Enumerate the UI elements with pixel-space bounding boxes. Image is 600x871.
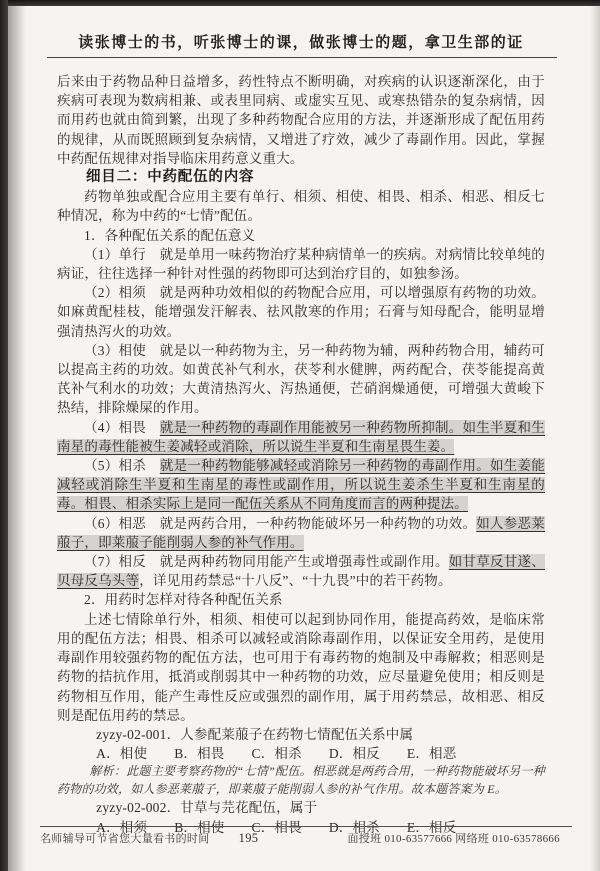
text-segment: 细目二：中药配伍的内容 bbox=[86, 169, 254, 185]
text-segment: 药物单独或配合应用主要有单行、相须、相使、相畏、相杀、相恶、相反七种情况，称为中… bbox=[57, 189, 545, 223]
text-segment: 1．各种配伍关系的配伍意义 bbox=[84, 228, 255, 243]
text-segment: 2．用药时怎样对待各种配伍关系 bbox=[84, 592, 283, 607]
item-1-heading: 1．各种配伍关系的配伍意义 bbox=[57, 226, 545, 245]
footer-divider bbox=[40, 826, 572, 827]
item-2-heading: 2．用药时怎样对待各种配伍关系 bbox=[57, 590, 545, 609]
question-zyzy-02-002: zyzy-02-002．甘草与芫花配伍，属于 bbox=[57, 798, 545, 817]
scanned-page: 读张博士的书，听张博士的课，做张博士的题，拿卫生部的证 后来由于药物品种日益增多… bbox=[0, 0, 600, 871]
footer-left-note: 名师辅导可节省您大量看书的时间 bbox=[40, 830, 210, 846]
section-heading: 细目二：中药配伍的内容 bbox=[57, 168, 545, 187]
page-header-slogan: 读张博士的书，听张博士的课，做张博士的题，拿卫生部的证 bbox=[47, 31, 555, 52]
document-body: 后来由于药物品种日益增多，药性特点不断明确，对疾病的认识逐渐深化，由于疾病可表现… bbox=[57, 72, 545, 837]
scan-edge-left bbox=[0, 0, 8, 871]
answer-option: C．相杀 bbox=[252, 744, 302, 763]
scan-edge-right-shadow bbox=[590, 0, 600, 871]
footer-contact-phones: 面授班 010-63577666 网络班 010-63578666 bbox=[348, 830, 560, 846]
scan-edge-left-shadow bbox=[8, 0, 26, 871]
text-segment: （7）相反 就是两种药物同用能产生或增强毒性或副作用。 bbox=[84, 554, 449, 569]
text-segment: （3）相使 就是以一种药物为主，另一种药物为辅，两种药物合用，辅药可以提高主药的… bbox=[57, 343, 545, 416]
question-zyzy-02-001: zyzy-02-001．人参配莱菔子在药物七情配伍关系中属 bbox=[57, 725, 545, 744]
answer-option: B．相畏 bbox=[174, 744, 224, 763]
header-divider bbox=[47, 57, 557, 58]
para-danxing: （1）单行 就是单用一味药物治疗某种病情单一的疾病。对病情比较单纯的病证，往往选… bbox=[57, 245, 545, 283]
text-segment: zyzy-02-002．甘草与芫花配伍，属于 bbox=[96, 800, 317, 815]
para-xiangxu: （2）相须 就是两种功效相似的药物配合应用，可以增强原有药物的功效。如麻黄配桂枝… bbox=[57, 283, 545, 341]
para-xiangsha: （5）相杀 就是一种药物能够减轻或消除另一种药物的毒副作用。如生姜能减轻或消除生… bbox=[57, 456, 545, 514]
text-segment: 后来由于药物品种日益增多，药性特点不断明确，对疾病的认识逐渐深化，由于疾病可表现… bbox=[57, 74, 545, 166]
text-segment: 解析：此题主要考察药物的“七情”配伍。相恶就是两药合用，一种药物能破坏另一种药物… bbox=[57, 764, 545, 796]
analysis-zyzy-02-001: 解析：此题主要考察药物的“七情”配伍。相恶就是两药合用，一种药物能破坏另一种药物… bbox=[57, 763, 545, 798]
text-segment: zyzy-02-001．人参配莱菔子在药物七情配伍关系中属 bbox=[96, 727, 413, 742]
page-footer: 名师辅导可节省您大量看书的时间 195 面授班 010-63577666 网络班… bbox=[40, 830, 560, 846]
intro-continued: 后来由于药物品种日益增多，药性特点不断明确，对疾病的认识逐渐深化，由于疾病可表现… bbox=[57, 72, 545, 168]
text-segment: （6）相恶 就是两药合用，一种药物能破坏另一种药物的功效。 bbox=[84, 516, 476, 531]
answer-option: A．相使 bbox=[96, 744, 147, 763]
scan-edge-top bbox=[0, 0, 600, 6]
answer-option: E．相恶 bbox=[407, 744, 457, 763]
para-xiangfan: （7）相反 就是两种药物同用能产生或增强毒性或副作用。如甘草反甘遂、贝母反乌头等… bbox=[57, 552, 545, 590]
text-segment: （4）相畏 bbox=[84, 420, 160, 435]
text-segment: （1）单行 就是单用一味药物治疗某种病情单一的疾病。对病情比较单纯的病证，往往选… bbox=[57, 247, 545, 281]
para-xiange: （6）相恶 就是两药合用，一种药物能破坏另一种药物的功效。如人参恶莱菔子，即莱菔… bbox=[57, 514, 545, 552]
text-segment: 上述七情除单行外，相须、相使可以起到协同作用，能提高药效，是临床常用的配伍方法；… bbox=[57, 612, 545, 723]
text-segment: （2）相须 就是两种功效相似的药物配合应用，可以增强原有药物的功效。如麻黄配桂枝… bbox=[57, 285, 545, 338]
text-segment: （5）相杀 bbox=[84, 458, 160, 473]
options-zyzy-02-001: A．相使B．相畏C．相杀D．相反E．相恶 bbox=[57, 744, 545, 763]
para-qiqing-overview: 药物单独或配合应用主要有单行、相须、相使、相畏、相杀、相恶、相反七种情况，称为中… bbox=[57, 187, 545, 225]
para-xiangwei: （4）相畏 就是一种药物的毒副作用能被另一种药物所抑制。如生半夏和生南星的毒性能… bbox=[57, 418, 545, 456]
para-xiangshi: （3）相使 就是以一种药物为主，另一种药物为辅，两种药物合用，辅药可以提高主药的… bbox=[57, 341, 545, 418]
para-summary: 上述七情除单行外，相须、相使可以起到协同作用，能提高药效，是临床常用的配伍方法；… bbox=[57, 610, 545, 725]
text-segment: ，详见用药禁忌“十八反”、“十九畏”中的若干药物。 bbox=[139, 573, 451, 588]
page-number: 195 bbox=[239, 831, 259, 846]
answer-option: D．相反 bbox=[329, 744, 380, 763]
